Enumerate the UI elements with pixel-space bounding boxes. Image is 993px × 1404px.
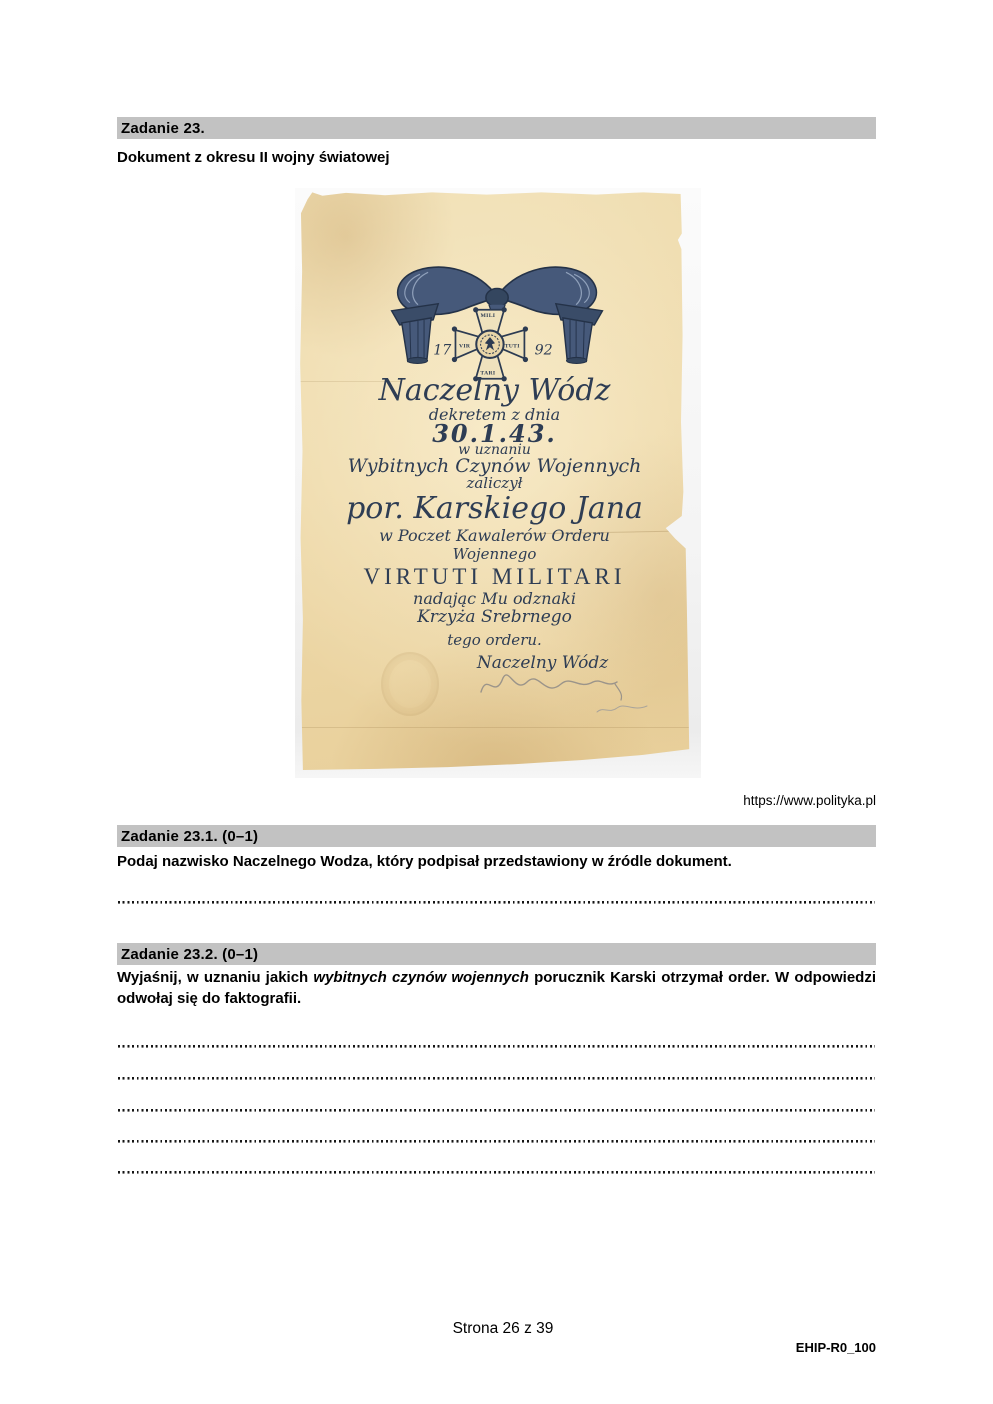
question-text-part: Wyjaśnij, w uznaniu jakich [117, 969, 313, 986]
page-number: Strona 26 z 39 [117, 1320, 889, 1338]
answer-dotted-line [118, 1077, 875, 1080]
doc-line-krzyza-srebrnego: Krzyża Srebrnego [305, 608, 684, 626]
doc-line-tego-orderu: tego orderu. [305, 626, 684, 654]
certificate-text: Naczelny Wódz dekretem z dnia 30.1.43. w… [305, 376, 684, 672]
image-source-url: https://www.polityka.pl [117, 793, 876, 808]
exam-page: Zadanie 23. Dokument z okresu II wojny ś… [0, 0, 993, 1404]
doc-line-date: 30.1.43. [305, 424, 684, 444]
year-1792-left: 17 [433, 342, 451, 358]
question-italic-part: wybitnych czynów wojennych [313, 969, 528, 986]
answer-dotted-line [118, 1140, 875, 1143]
task-23-1-question: Podaj nazwisko Naczelnego Wodza, który p… [117, 851, 876, 872]
answer-dotted-line [118, 1045, 875, 1048]
cross-arm-right-label: TUTI [505, 343, 521, 349]
doc-line-wybitnych-czynow: Wybitnych Czynów Wojennych [305, 456, 684, 476]
task-23-2-header-label: Zadanie 23.2. (0–1) [117, 946, 258, 963]
certificate-paper: 17 92 MILI TARI VIR [299, 190, 690, 770]
doc-line-naczelny-wodz: Naczelny Wódz [305, 376, 684, 406]
task-23-2-question: Wyjaśnij, w uznaniu jakich wybitnych czy… [117, 967, 876, 1009]
task-23-header-bar: Zadanie 23. [117, 117, 876, 139]
answer-dotted-line [118, 901, 875, 904]
doc-line-poczet: w Poczet Kawalerów Orderu [305, 527, 684, 545]
doc-line-karski: por. Karskiego Jana [305, 491, 684, 527]
task-23-header-label: Zadanie 23. [117, 120, 205, 137]
virtuti-cross-icon: MILI TARI VIR TUTI [452, 307, 528, 381]
year-1792-right: 92 [535, 342, 553, 358]
doc-line-wojennego: Wojennego [305, 545, 684, 564]
task-23-1-header-label: Zadanie 23.1. (0–1) [117, 828, 258, 845]
answer-dotted-line [118, 1109, 875, 1112]
document-photo: 17 92 MILI TARI VIR [295, 188, 701, 778]
task-23-2-header-bar: Zadanie 23.2. (0–1) [117, 943, 876, 965]
task-23-1-header-bar: Zadanie 23.1. (0–1) [117, 825, 876, 847]
doc-line-nadajac: nadając Mu odznaki [305, 589, 684, 608]
cross-arm-left-label: VIR [459, 343, 471, 349]
handwritten-signature [469, 660, 669, 735]
source-intro-text: Dokument z okresu II wojny światowej [117, 149, 876, 166]
exam-sheet-code: EHIP-R0_100 [117, 1340, 876, 1355]
cross-arm-top-label: MILI [481, 313, 496, 319]
answer-dotted-line [118, 1171, 875, 1174]
doc-line-zaliczyl: zaliczył [305, 476, 684, 491]
doc-line-virtuti-militari: VIRTUTI MILITARI [305, 564, 684, 589]
